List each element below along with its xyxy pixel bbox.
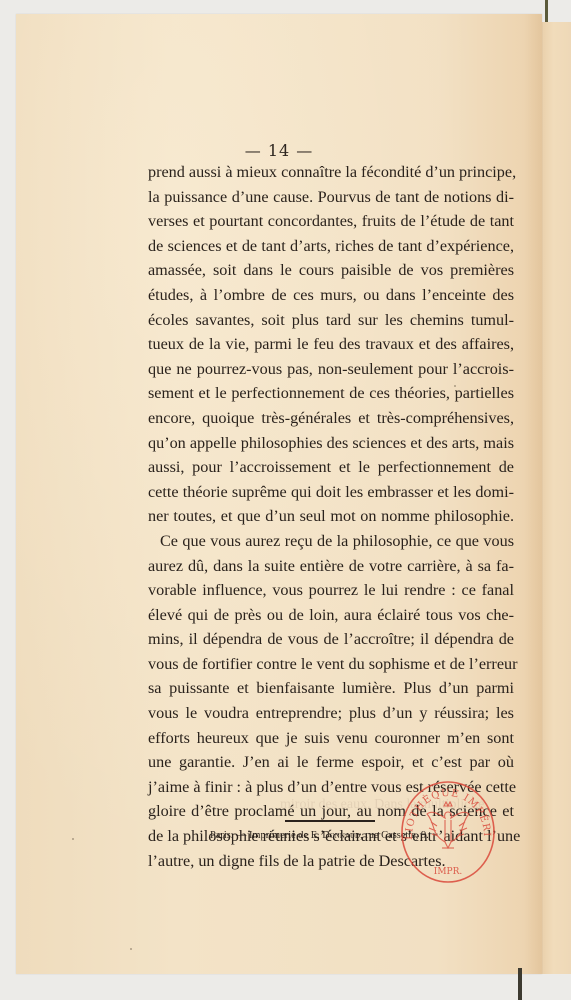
text-line: écoles savantes, soit plus tard sur les … <box>148 308 514 333</box>
text-line: sement et le perfectionnement de ces thé… <box>148 381 514 406</box>
imprint-printer: Donnaud <box>322 830 360 841</box>
text-line: efforts heureux que je suis venu couronn… <box>148 726 514 751</box>
paragraph-1: prend aussi à mieux connaître la fécondi… <box>148 160 514 529</box>
paper-speck <box>454 385 456 387</box>
text-line: amassée, soit dans le cours paisible de … <box>148 258 514 283</box>
text-line: qu’on appelle philosophies des sciences … <box>148 431 514 456</box>
text-line: de sciences et de tant d’arts, riches de… <box>148 234 514 259</box>
text-line: vorable influence, vous pourrez le lui r… <box>148 578 514 603</box>
text-line: élevé qui de près ou de loin, aura éclai… <box>148 603 514 628</box>
text-line: que ne pourrez-vous pas, non-seulement p… <box>148 357 514 382</box>
paper-speck <box>72 838 74 840</box>
text-line: la puissance d’une cause. Pourvus de tan… <box>148 185 514 210</box>
paper-speck <box>130 948 132 950</box>
printer-imprint: Paris. — Imprimerie de E. Donnaud, rue C… <box>210 830 429 841</box>
text-line: sa puissante et bienfaisante lumière. Pl… <box>148 676 514 701</box>
footer-rule <box>285 820 375 822</box>
text-line: mins, il dépendra de vous de l’accroître… <box>148 627 514 652</box>
imprint-prefix: Paris. — Imprimerie de E. <box>210 830 322 841</box>
text-line: tueux de la vie, parmi le feu des travau… <box>148 332 514 357</box>
text-line: vous de fortifier contre le vent du soph… <box>148 652 514 677</box>
text-line: cette théorie suprême qui doit les embra… <box>148 480 514 505</box>
library-stamp-icon: BIBLIOTHÈQUE IMPÉRIALE IMPR. <box>398 776 498 884</box>
page-number: — 14 — <box>16 141 542 160</box>
bookmark-ribbon-bottom <box>518 968 522 1000</box>
text-line: aussi, pour l’accroissement et le perfec… <box>148 455 514 480</box>
text-line: verses et pourtant concordantes, fruits … <box>148 209 514 234</box>
text-line: ner toutes, et que d’un seul mot on nomm… <box>148 504 514 529</box>
body-text: prend aussi à mieux connaître la fécondi… <box>148 160 514 873</box>
stamp-bottom-text: IMPR. <box>434 867 463 877</box>
text-line: une garantie. J’en ai le ferme espoir, e… <box>148 750 514 775</box>
text-line: Ce que vous aurez reçu de la philosophie… <box>148 529 514 554</box>
text-line: études, à l’ombre de ces murs, ou dans l… <box>148 283 514 308</box>
text-line: encore, quoique très-générales et très-c… <box>148 406 514 431</box>
text-line: aurez dû, dans la suite entière de votre… <box>148 554 514 579</box>
text-line: vous le voudra entreprendre; plus d’un y… <box>148 701 514 726</box>
text-line: prend aussi à mieux connaître la fécondi… <box>148 160 514 185</box>
adjacent-page-edge <box>540 22 571 974</box>
